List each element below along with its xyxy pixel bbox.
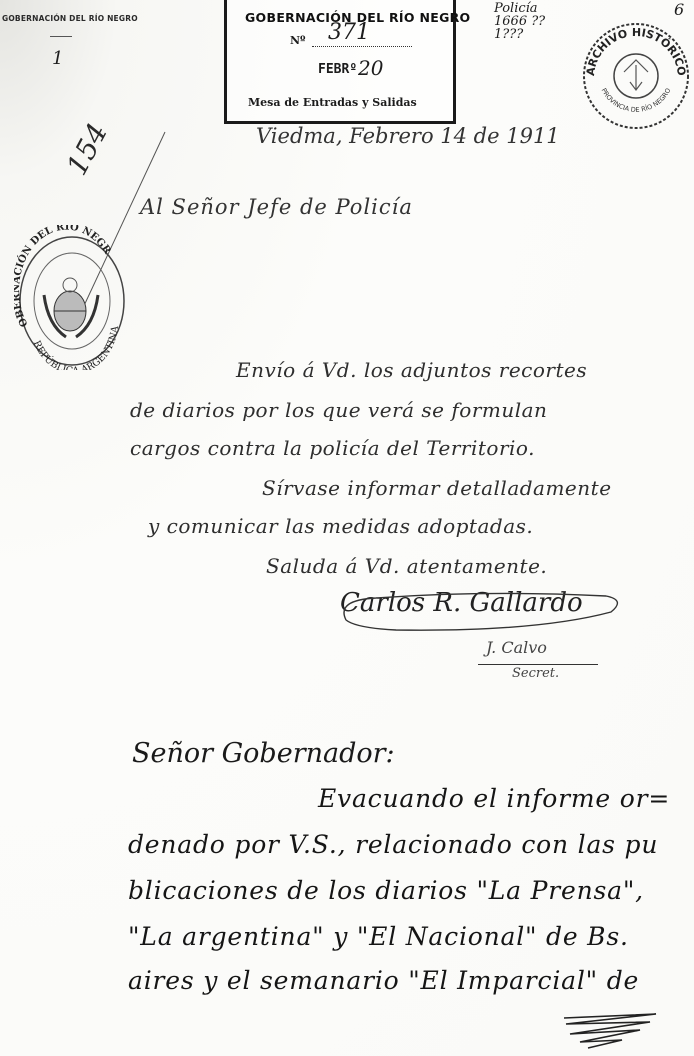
signature-flourish-icon: [336, 590, 626, 640]
page-mark: 1: [52, 48, 63, 69]
entry-stamp-date-label: FEBRº: [318, 62, 357, 77]
letter-line: y comunicar las medidas adoptadas.: [148, 514, 533, 538]
letter-line: cargos contra la policía del Territorio.: [130, 436, 535, 460]
entry-stamp-number: 371: [328, 20, 370, 45]
reply-line: aires y el semanario "El Imparcial" de: [128, 966, 639, 995]
letter-addressee: Al Señor Jefe de Policía: [140, 195, 413, 219]
reply-line: denado por V.S., relacionado con las pu: [128, 830, 658, 859]
reply-line: Evacuando el informe or=: [318, 784, 670, 813]
closing-flourish-icon: [560, 1012, 660, 1052]
government-seal-icon: GOBERNACIÓN DEL RÍO NEGRO REPÚBLICA ARGE…: [14, 225, 126, 370]
entry-stamp-date: 20: [358, 56, 383, 80]
archive-note: Policía 1666 ?? 1???: [494, 2, 554, 41]
letter-line: de diarios por los que verá se formulan: [130, 398, 547, 422]
folio-number: 6: [674, 0, 684, 19]
archive-seal-icon: ARCHIVO HISTÓRICO PROVINCIA DE RÍO NEGRO: [580, 20, 692, 132]
letterhead: GOBERNACIÓN DEL RÍO NEGRO: [2, 14, 138, 23]
document-page: GOBERNACIÓN DEL RÍO NEGRO 1 GOBERNACIÓN …: [0, 0, 694, 1056]
archive-note-line: 1???: [494, 28, 554, 41]
letter-line: Saluda á Vd. atentamente.: [266, 554, 547, 578]
entry-stamp-number-line: [312, 46, 412, 47]
reply-salutation: Señor Gobernador:: [132, 738, 395, 769]
letter-line: Sírvase informar detalladamente: [262, 476, 612, 500]
signature-line: [478, 664, 598, 665]
letter-place-date: Viedma, Febrero 14 de 1911: [256, 124, 560, 148]
reply-line: blicaciones de los diarios "La Prensa",: [128, 876, 644, 905]
entry-stamp-office: Mesa de Entradas y Salidas: [248, 96, 417, 109]
countersignature: J. Calvo: [486, 638, 547, 657]
countersignature-title: Secret.: [512, 666, 559, 681]
entry-stamp-number-label: Nº: [290, 34, 306, 47]
letter-line: Envío á Vd. los adjuntos recortes: [236, 358, 587, 382]
reply-line: "La argentina" y "El Nacional" de Bs.: [128, 922, 629, 951]
divider: [50, 36, 72, 37]
svg-text:REPÚBLICA ARGENTINA: REPÚBLICA ARGENTINA: [31, 325, 121, 370]
